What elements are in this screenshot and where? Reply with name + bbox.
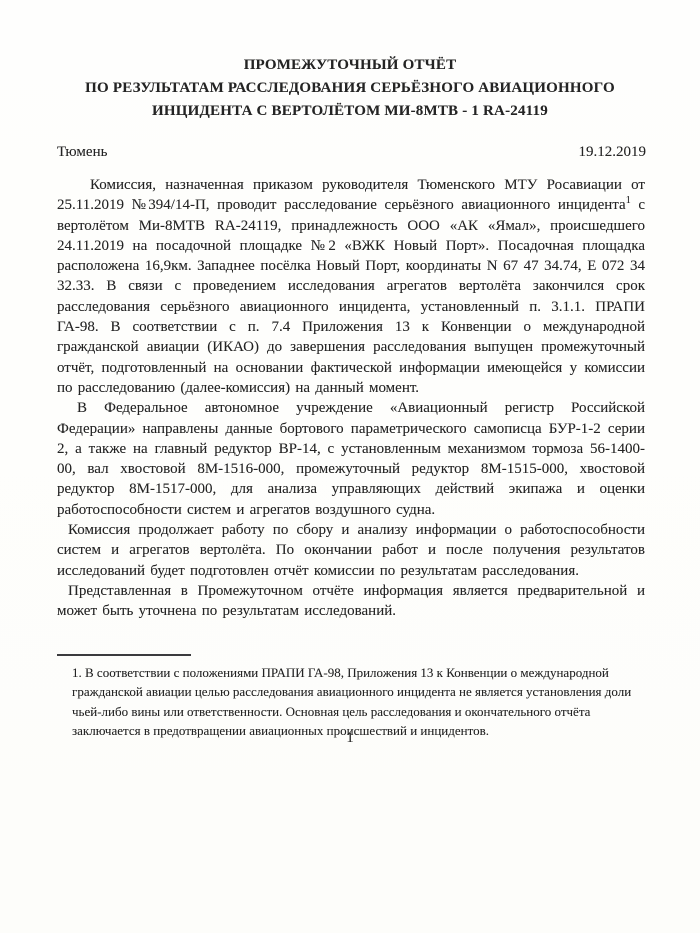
- title-line-3: ИНЦИДЕНТА С ВЕРТОЛЁТОМ МИ-8МТВ - 1 RA-24…: [0, 100, 700, 123]
- page-number: 1: [0, 730, 700, 747]
- paragraph-preliminary-info: Представленная в Промежуточном отчёте ин…: [57, 581, 645, 622]
- title-line-2: ПО РЕЗУЛЬТАТАМ РАССЛЕДОВАНИЯ СЕРЬЁЗНОГО …: [0, 77, 700, 100]
- paragraph-aviation-register: В Федеральное автономное учреждение «Ави…: [57, 398, 645, 520]
- footnote-divider: [57, 654, 191, 656]
- paragraph-commission-work: Комиссия продолжает работу по сбору и ан…: [57, 520, 645, 581]
- footnote-text: 1. В соответствии с положениями ПРАПИ ГА…: [72, 663, 638, 740]
- title-line-1: ПРОМЕЖУТОЧНЫЙ ОТЧЁТ: [0, 54, 700, 77]
- document-title: ПРОМЕЖУТОЧНЫЙ ОТЧЁТ ПО РЕЗУЛЬТАТАМ РАССЛ…: [0, 0, 700, 123]
- document-body: Комиссия, назначенная приказом руководит…: [57, 175, 645, 622]
- date-label: 19.12.2019: [579, 144, 647, 161]
- place-label: Тюмень: [57, 144, 107, 161]
- footnote-area: 1. В соответствии с положениями ПРАПИ ГА…: [57, 654, 645, 740]
- meta-row: Тюмень 19.12.2019: [57, 144, 646, 161]
- paragraph-commission-text: Комиссия, назначенная приказом руководит…: [57, 177, 645, 213]
- document-page: ПРОМЕЖУТОЧНЫЙ ОТЧЁТ ПО РЕЗУЛЬТАТАМ РАССЛ…: [0, 0, 700, 933]
- paragraph-commission: Комиссия, назначенная приказом руководит…: [57, 175, 645, 398]
- paragraph-commission-text-cont: с вертолётом Ми-8МТВ RA-24119, принадлеж…: [57, 197, 645, 396]
